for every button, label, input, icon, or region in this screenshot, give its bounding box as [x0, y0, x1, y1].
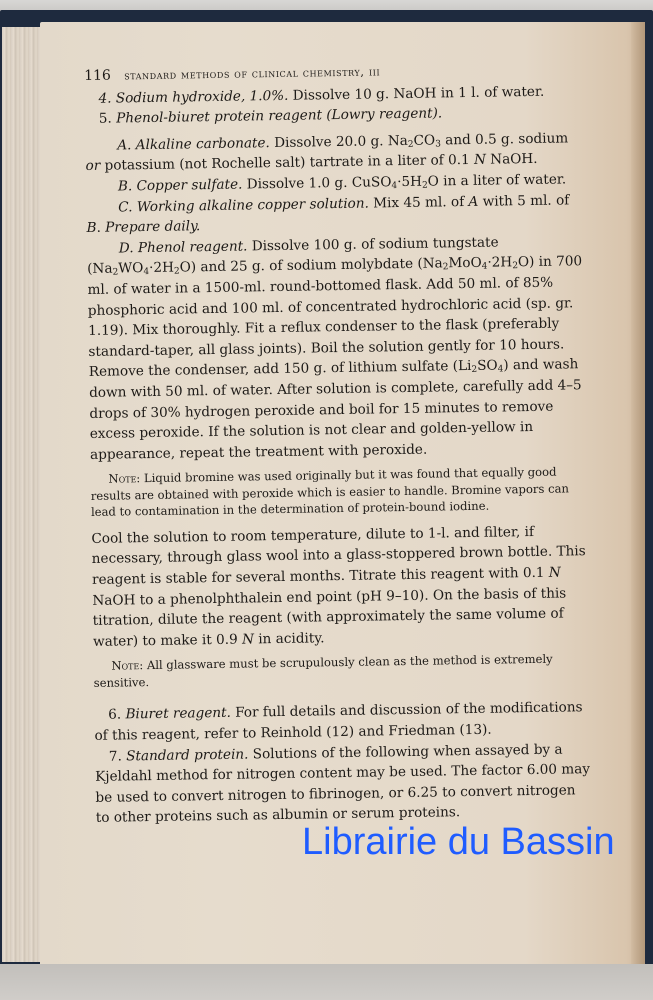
item-6-label: 6. — [108, 707, 121, 723]
sub-b-text: Dissolve 1.0 g. CuSO — [242, 174, 391, 192]
sub-a-or: or — [85, 158, 100, 174]
item-7-label: 7. — [109, 748, 122, 764]
normality-symbol: N — [242, 631, 254, 647]
normality-symbol: N — [549, 565, 561, 581]
sub-a-text: Dissolve 20.0 g. Na — [270, 133, 408, 151]
sub-d-text: MoO — [448, 255, 481, 272]
sub-d-text: ·2H — [487, 255, 512, 271]
note-bromine: Note: Liquid bromine was used originally… — [90, 463, 586, 520]
item-4-title: Sodium hydroxide, 1.0%. — [116, 87, 289, 106]
sub-c-label: C. — [118, 199, 132, 215]
sub-a-text: CO — [413, 132, 435, 148]
cool-text: NaOH to a phenolphthalein end point (pH … — [92, 585, 566, 650]
sub-item-d: D. Phenol reagent. Dissolve 100 g. of so… — [87, 231, 585, 465]
watermark: Librairie du Bassin — [302, 823, 615, 861]
prepare-daily: Prepare daily. — [105, 218, 200, 235]
normality-symbol: N — [474, 152, 486, 168]
note-label: Note: — [111, 658, 143, 672]
note-text: Liquid bromine was used originally but i… — [91, 465, 569, 519]
solution-a-ref: A — [468, 193, 478, 209]
cool-text: Cool the solution to room temperature, d… — [91, 524, 585, 588]
item-6-title: Biuret reagent. — [125, 705, 231, 723]
solution-b-ref: B — [86, 220, 96, 236]
item-4-text: Dissolve 10 g. NaOH in 1 l. of water. — [288, 83, 544, 103]
note-glassware: Note: All glassware must be scrupulously… — [93, 650, 588, 691]
background-bottom — [0, 964, 653, 1000]
sub-d-label: D. — [119, 240, 134, 256]
sub-b-label: B. — [118, 178, 133, 194]
sub-a-text: NaOH. — [486, 151, 538, 168]
sub-b-text: ·5H — [397, 174, 422, 190]
cooling-paragraph: Cool the solution to room temperature, d… — [91, 521, 588, 652]
item-5-title: Phenol-biuret protein reagent (Lowry rea… — [116, 106, 442, 127]
sub-d-text: SO — [477, 358, 498, 374]
page-edges — [2, 27, 42, 962]
sub-b-text: O in a liter of water. — [428, 171, 567, 189]
item-7-title: Standard protein. — [126, 746, 249, 764]
cool-text: in acidity. — [254, 630, 325, 647]
sub-d-text: O) and 25 g. of sodium molybdate (Na — [180, 256, 443, 276]
item-7: 7. Standard protein. Solutions of the fo… — [95, 739, 591, 829]
note-label: Note: — [108, 471, 140, 485]
sub-a-text: and 0.5 g. sodium — [441, 130, 569, 148]
page-gutter-shadow — [631, 22, 645, 964]
sub-c-text: . — [96, 220, 105, 236]
item-5-label: 5. — [99, 111, 112, 127]
page-content: 116 STANDARD METHODS OF CLINICAL CHEMIST… — [84, 58, 591, 829]
note-text: All glassware must be scrupulously clean… — [94, 652, 553, 690]
item-4-label: 4. — [98, 90, 111, 106]
sub-b-title: Copper sulfate. — [136, 176, 242, 194]
sub-c-title: Working alkaline copper solution. — [137, 195, 369, 215]
sub-a-label: A. — [117, 137, 131, 153]
sub-d-text: ·2H — [149, 260, 174, 276]
sub-a-title: Alkaline carbonate. — [136, 135, 270, 153]
sub-c-text: Mix 45 ml. of — [369, 194, 469, 212]
running-title: STANDARD METHODS OF CLINICAL CHEMISTRY, … — [124, 61, 380, 86]
sub-d-title: Phenol reagent. — [138, 238, 248, 256]
sub-d-text: WO — [118, 260, 143, 276]
sub-c-text: with 5 ml. of — [478, 192, 569, 209]
page-number: 116 — [84, 65, 124, 86]
